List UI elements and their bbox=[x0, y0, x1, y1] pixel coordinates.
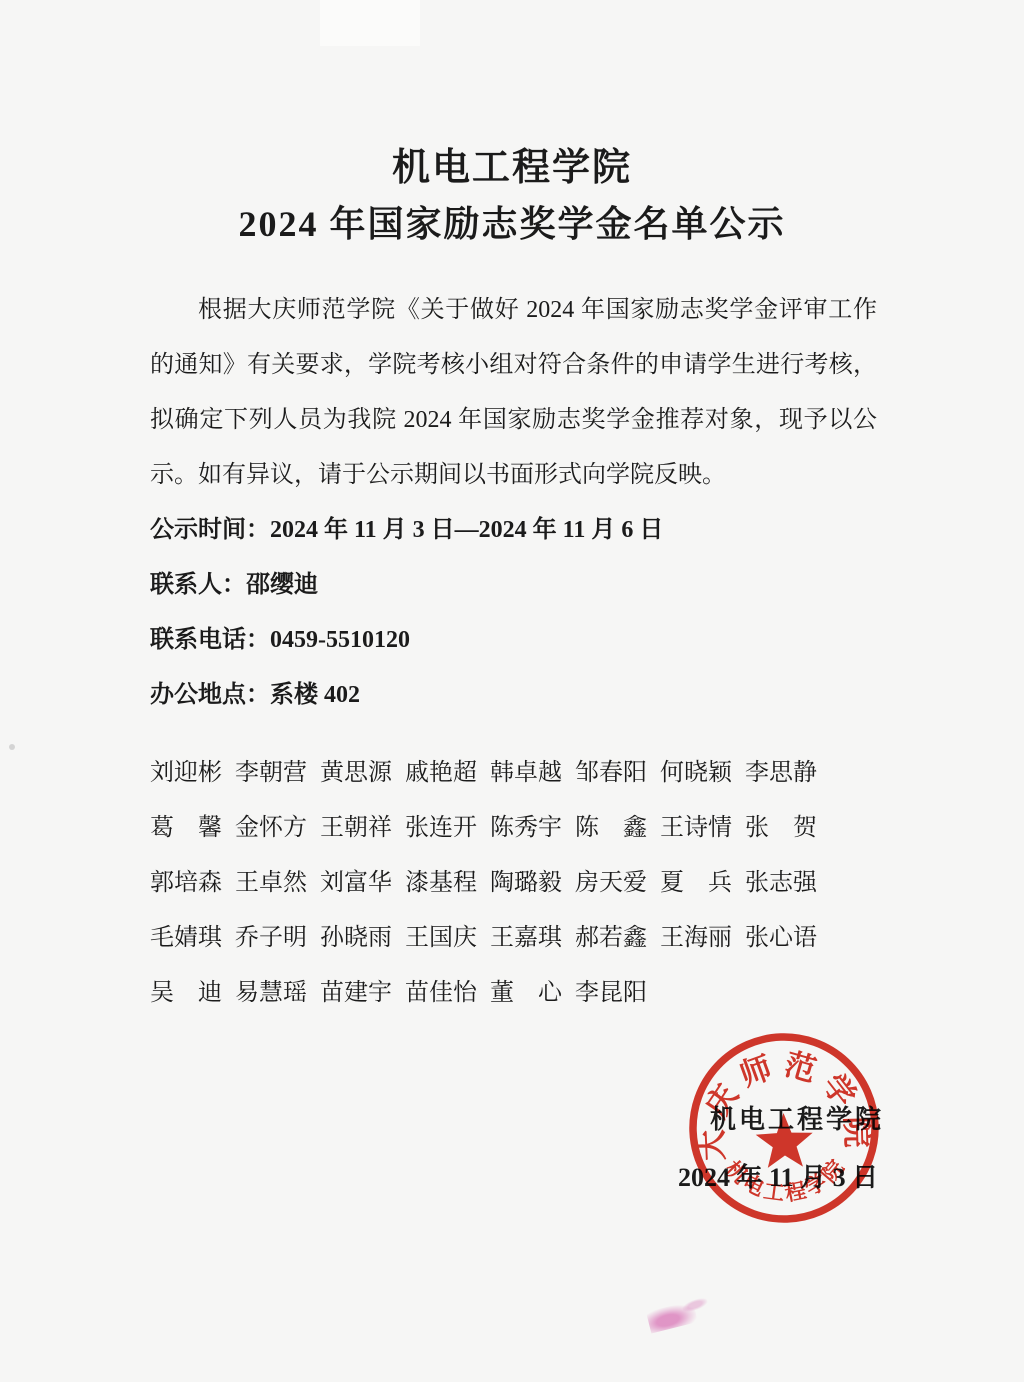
student-name: 陈秀宇 bbox=[490, 801, 562, 856]
official-seal: 大庆师范学院 机电工程学院 bbox=[681, 1025, 888, 1232]
student-name: 李思静 bbox=[745, 746, 817, 801]
student-name: 陈 鑫 bbox=[575, 801, 647, 856]
student-name: 乔子明 bbox=[235, 911, 307, 966]
student-name: 王诗情 bbox=[660, 801, 732, 856]
paragraph-line: 示。如有异议，请于公示期间以书面形式向学院反映。 bbox=[150, 448, 877, 503]
student-name: 张连开 bbox=[405, 801, 477, 856]
student-name: 韩卓越 bbox=[490, 746, 562, 801]
student-name: 戚艳超 bbox=[405, 746, 477, 801]
student-name: 漆基程 bbox=[405, 856, 477, 911]
body-paragraph: 根据大庆师范学院《关于做好 2024 年国家励志奖学金评审工作 的通知》有关要求… bbox=[150, 283, 877, 503]
publicity-period-line: 公示时间：2024 年 11 月 3 日—2024 年 11 月 6 日 bbox=[150, 503, 877, 558]
scan-artifact bbox=[320, 0, 420, 46]
red-star-icon bbox=[755, 1112, 814, 1168]
office-location-label: 办公地点： bbox=[150, 682, 270, 708]
student-name: 易慧瑶 bbox=[235, 966, 307, 1021]
student-name: 刘富华 bbox=[320, 856, 392, 911]
publicity-period-label: 公示时间： bbox=[150, 517, 270, 543]
name-row: 郭培森王卓然刘富华漆基程陶璐毅房天爱夏 兵张志强 bbox=[150, 856, 880, 911]
student-name: 陶璐毅 bbox=[490, 856, 562, 911]
page-title: 机电工程学院 bbox=[0, 136, 1024, 191]
student-name: 毛婧琪 bbox=[150, 911, 222, 966]
seal-inner-text: 机电工程学院 bbox=[720, 1152, 852, 1208]
svg-text:机电工程学院: 机电工程学院 bbox=[720, 1152, 852, 1208]
student-name: 王海丽 bbox=[660, 911, 732, 966]
office-location-value: 系楼 402 bbox=[270, 682, 360, 708]
student-name: 刘迎彬 bbox=[150, 746, 222, 801]
student-name: 王国庆 bbox=[405, 911, 477, 966]
name-row: 毛婧琪乔子明孙晓雨王国庆王嘉琪郝若鑫王海丽张心语 bbox=[150, 911, 880, 966]
student-name: 房天爱 bbox=[575, 856, 647, 911]
student-name: 王朝祥 bbox=[320, 801, 392, 856]
contact-info-block: 公示时间：2024 年 11 月 3 日—2024 年 11 月 6 日 联系人… bbox=[150, 503, 877, 723]
student-name: 金怀方 bbox=[235, 801, 307, 856]
paragraph-line: 拟确定下列人员为我院 2024 年国家励志奖学金推荐对象，现予以公 bbox=[150, 393, 877, 448]
student-name: 张心语 bbox=[745, 911, 817, 966]
contact-phone-label: 联系电话： bbox=[150, 627, 270, 653]
student-name: 李朝营 bbox=[235, 746, 307, 801]
student-name: 苗建宇 bbox=[320, 966, 392, 1021]
office-location-line: 办公地点：系楼 402 bbox=[150, 668, 877, 723]
student-name: 吴 迪 bbox=[150, 966, 222, 1021]
student-name: 郝若鑫 bbox=[575, 911, 647, 966]
student-name: 张 贺 bbox=[745, 801, 817, 856]
student-name: 郭培森 bbox=[150, 856, 222, 911]
paragraph-line: 根据大庆师范学院《关于做好 2024 年国家励志奖学金评审工作 bbox=[150, 283, 877, 338]
paragraph-line: 的通知》有关要求，学院考核小组对符合条件的申请学生进行考核， bbox=[150, 338, 877, 393]
contact-person-label: 联系人： bbox=[150, 572, 246, 598]
student-name: 董 心 bbox=[490, 966, 562, 1021]
student-name: 孙晓雨 bbox=[320, 911, 392, 966]
student-name: 何晓颖 bbox=[660, 746, 732, 801]
student-name: 李昆阳 bbox=[575, 966, 647, 1021]
student-name: 张志强 bbox=[745, 856, 817, 911]
publicity-period-value: 2024 年 11 月 3 日—2024 年 11 月 6 日 bbox=[270, 517, 663, 543]
scan-speck bbox=[9, 744, 15, 750]
contact-person-line: 联系人：邵缨迪 bbox=[150, 558, 877, 613]
student-name: 王嘉琪 bbox=[490, 911, 562, 966]
student-name: 王卓然 bbox=[235, 856, 307, 911]
contact-phone-value: 0459-5510120 bbox=[270, 627, 410, 653]
name-row: 刘迎彬李朝营黄思源戚艳超韩卓越邹春阳何晓颖李思静 bbox=[150, 746, 880, 801]
name-row: 吴 迪易慧瑶苗建宇苗佳怡董 心李昆阳 bbox=[150, 966, 880, 1021]
contact-phone-line: 联系电话：0459-5510120 bbox=[150, 613, 877, 668]
student-name: 邹春阳 bbox=[575, 746, 647, 801]
name-list: 刘迎彬李朝营黄思源戚艳超韩卓越邹春阳何晓颖李思静葛 馨金怀方王朝祥张连开陈秀宇陈… bbox=[150, 746, 880, 1021]
student-name: 苗佳怡 bbox=[405, 966, 477, 1021]
student-name: 葛 馨 bbox=[150, 801, 222, 856]
student-name: 夏 兵 bbox=[660, 856, 732, 911]
contact-person-value: 邵缨迪 bbox=[246, 572, 318, 598]
student-name: 黄思源 bbox=[320, 746, 392, 801]
scanned-notice-page: 机电工程学院 2024 年国家励志奖学金名单公示 根据大庆师范学院《关于做好 2… bbox=[0, 0, 1024, 1382]
name-row: 葛 馨金怀方王朝祥张连开陈秀宇陈 鑫王诗情张 贺 bbox=[150, 801, 880, 856]
page-subtitle: 2024 年国家励志奖学金名单公示 bbox=[0, 196, 1024, 247]
